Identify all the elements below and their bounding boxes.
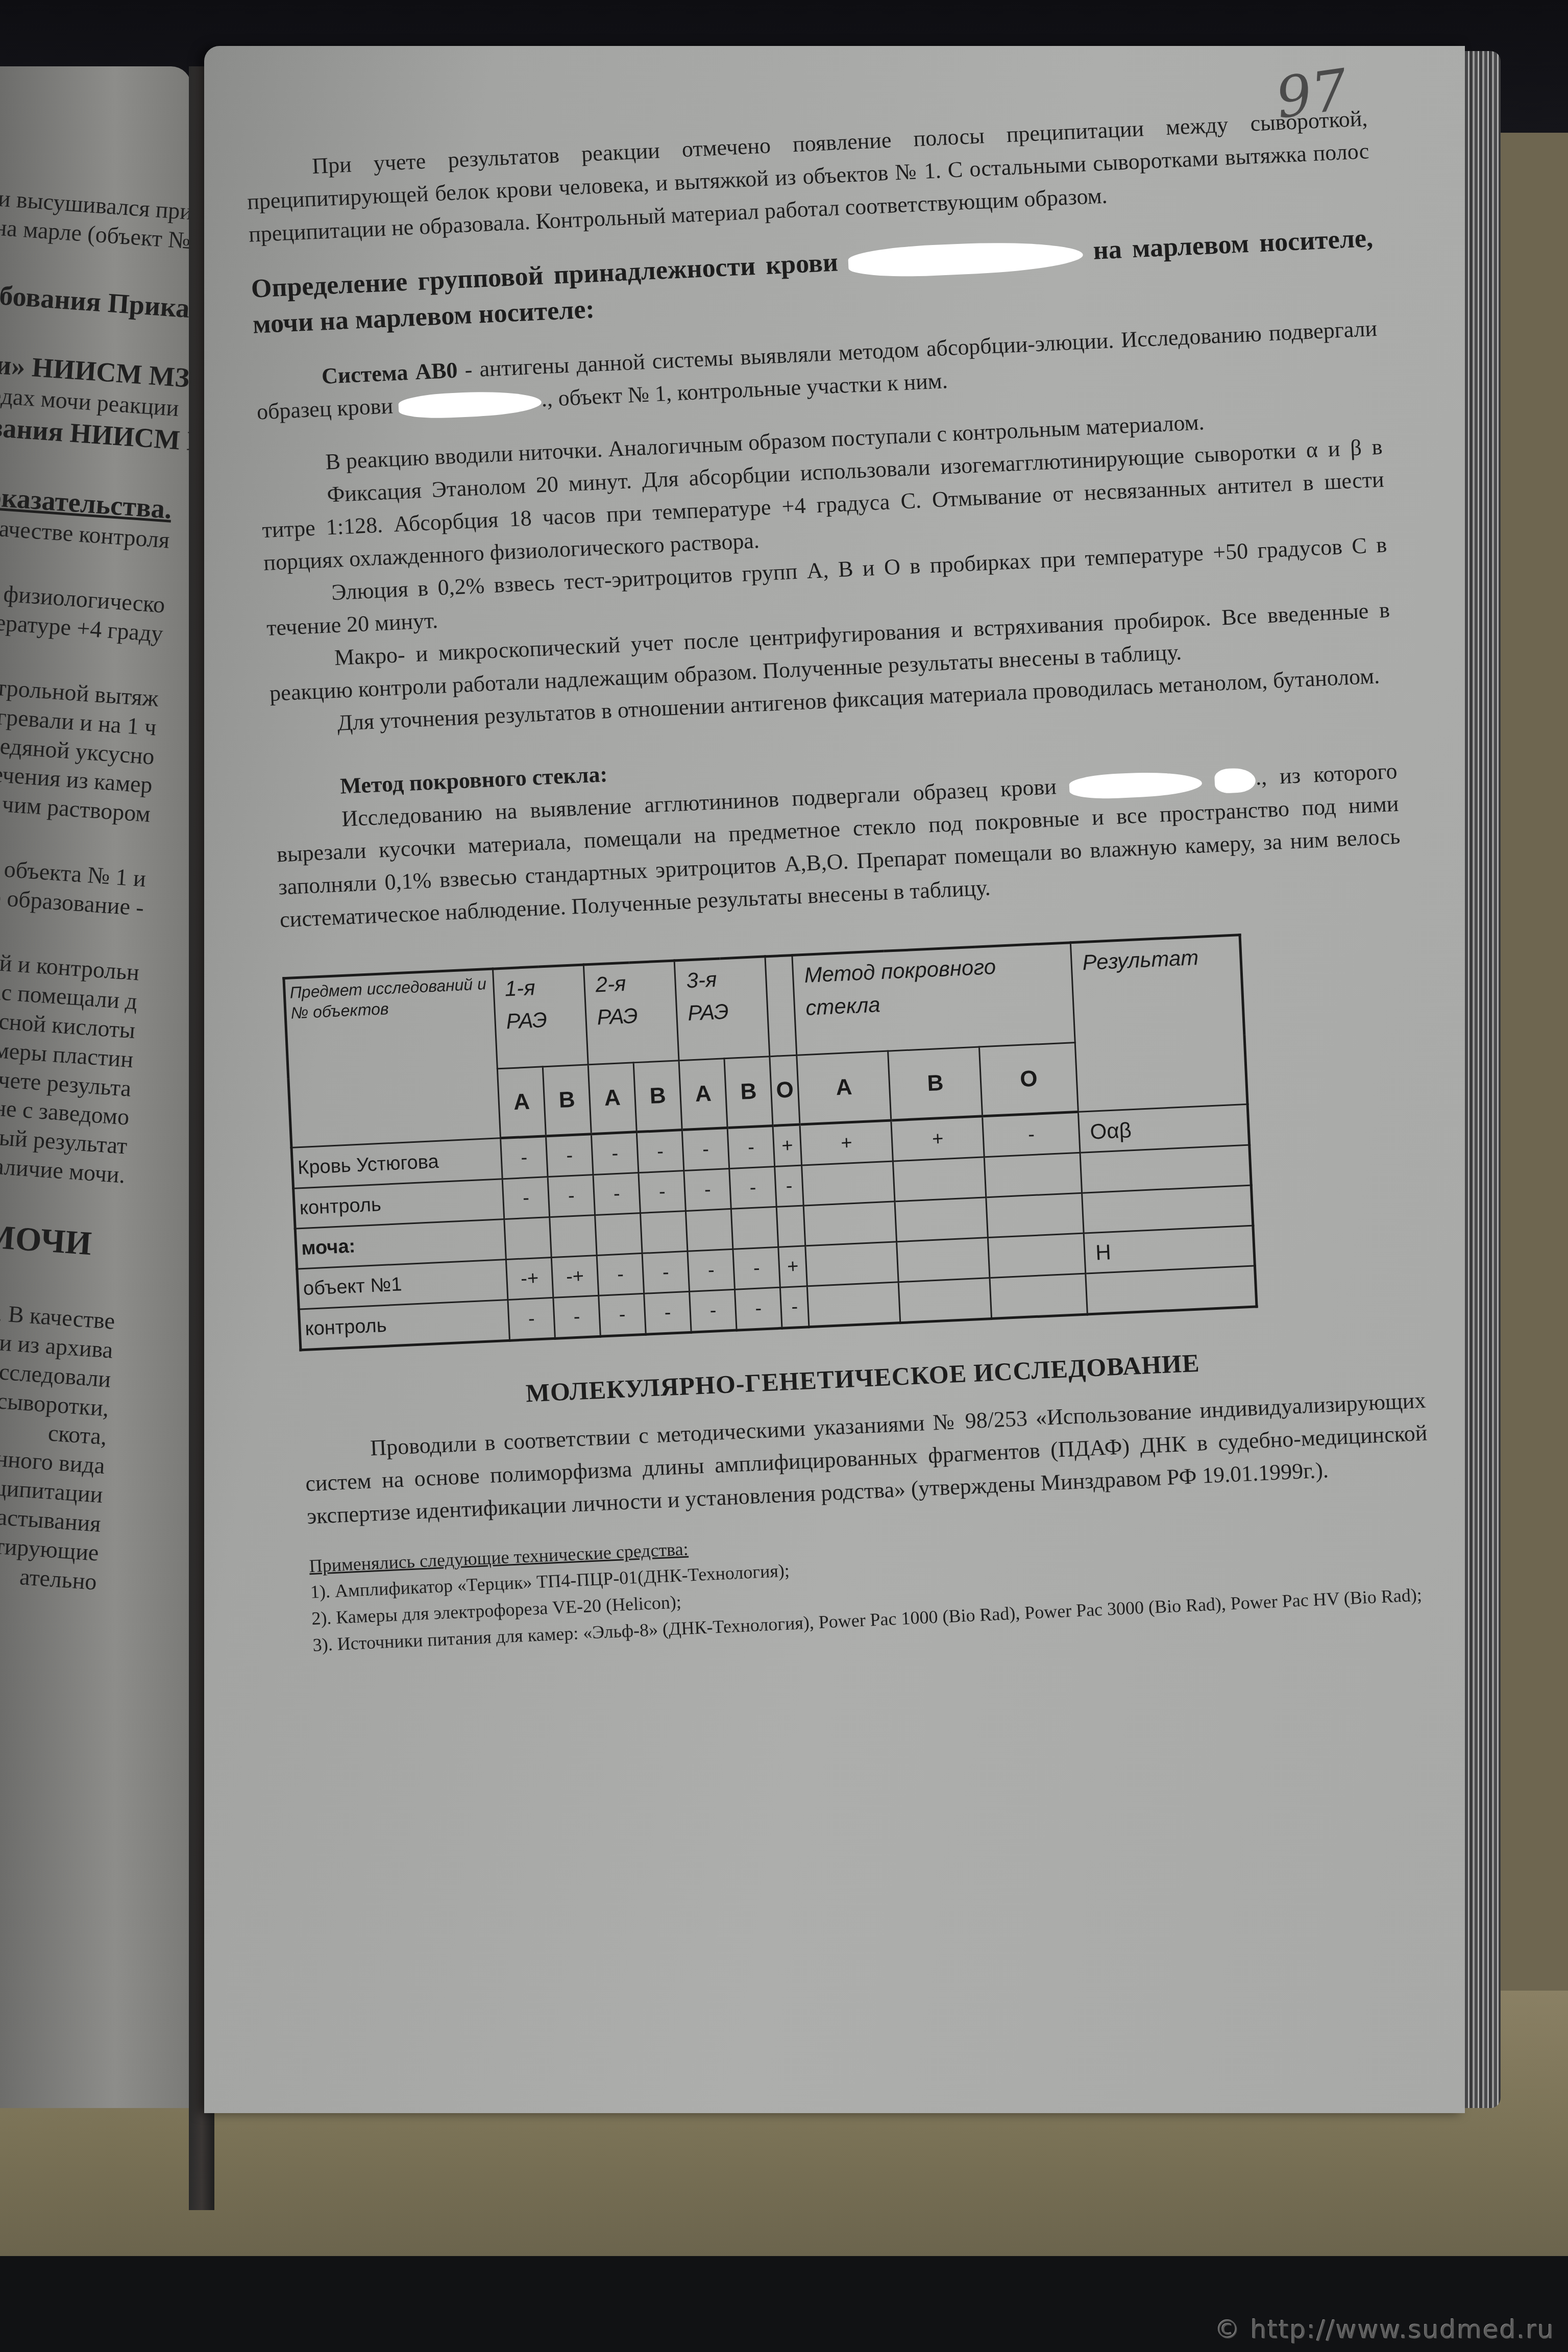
table-cell: -: [553, 1295, 601, 1338]
redacted-name: [848, 238, 1084, 280]
table-cell: +: [800, 1120, 893, 1165]
table-cell: [897, 1238, 990, 1282]
table-cell: [988, 1233, 1086, 1278]
table-cell: [807, 1282, 900, 1327]
table-cell: [731, 1207, 778, 1249]
table-cell: -: [636, 1130, 684, 1173]
result-cell: Оαβ: [1078, 1104, 1249, 1153]
table-cell: -: [599, 1293, 646, 1336]
group-header: 3-я РАЭ: [674, 957, 770, 1061]
result-cell: [1086, 1266, 1257, 1314]
table-cell: [550, 1215, 597, 1258]
table-cell: -: [690, 1289, 737, 1332]
page-content: При учете результатов реакции отмечено п…: [245, 102, 1435, 1658]
antigen-subheader: В: [888, 1047, 983, 1120]
table-cell: -: [727, 1126, 775, 1169]
result-header: Результат: [1070, 935, 1247, 1112]
table-cell: -: [597, 1253, 644, 1295]
table-cell: [776, 1206, 805, 1247]
table-cell: [985, 1153, 1082, 1197]
table-cell: -: [682, 1128, 729, 1171]
table-cell: [895, 1197, 988, 1242]
table-cell: [504, 1217, 552, 1260]
table-cell: +: [891, 1116, 984, 1161]
group-header: 2-я РАЭ: [583, 961, 679, 1065]
table-cell: [986, 1193, 1084, 1237]
antigen-subheader: А: [679, 1059, 727, 1130]
table-cell: -: [684, 1169, 731, 1211]
table-cell: -: [593, 1173, 641, 1215]
watermark: © http://www.sudmed.ru: [1215, 2315, 1555, 2344]
table-cell: -+: [506, 1257, 553, 1300]
table-cell: -: [508, 1297, 555, 1340]
table-cell: [641, 1211, 688, 1253]
table-cell: [802, 1161, 895, 1206]
table-cell: -+: [551, 1255, 599, 1297]
right-page: 97 При учете результатов реакции отмечен…: [204, 46, 1465, 2113]
table-cell: -: [644, 1291, 692, 1334]
results-table: Предмет исследований и № объектов 1-я РА…: [282, 934, 1258, 1352]
table-cell: +: [773, 1124, 802, 1166]
antigen-subheader: В: [543, 1065, 591, 1136]
table-cell: -: [983, 1112, 1080, 1157]
antigen-subheader: О: [979, 1043, 1079, 1116]
table-cell: [595, 1213, 643, 1256]
table-cell: [990, 1273, 1087, 1318]
antigen-subheader: В: [633, 1061, 682, 1132]
table-cell: -: [735, 1287, 782, 1330]
table-cell: [805, 1242, 898, 1286]
redacted-name: [1069, 770, 1203, 800]
table-cell: -: [775, 1165, 804, 1207]
table-cell: -: [591, 1132, 639, 1175]
table-cell: -: [733, 1247, 780, 1289]
result-cell: Н: [1084, 1226, 1255, 1273]
table-cell: -: [501, 1136, 548, 1179]
group-header: [765, 955, 797, 1056]
table-cell: -: [729, 1166, 777, 1209]
antigen-subheader: А: [797, 1051, 891, 1124]
redacted-name: [1214, 767, 1256, 794]
table-cell: [804, 1202, 897, 1246]
subject-header: Предмет исследований и № объектов: [284, 969, 501, 1147]
table-cell: -: [546, 1134, 593, 1177]
left-page-text: и высушивался прина марле (объект №ребов…: [0, 184, 191, 1598]
left-page: и высушивался прина марле (объект №ребов…: [0, 66, 191, 2108]
antigen-subheader: А: [588, 1063, 636, 1134]
table-cell: -: [780, 1286, 810, 1328]
table-cell: [685, 1209, 733, 1251]
antigen-subheader: О: [770, 1055, 800, 1125]
group-header: 1-я РАЭ: [493, 965, 588, 1069]
table-body: Кровь Устюгова------+++-Оαβконтроль-----…: [291, 1104, 1257, 1350]
group-header: Метод покровного стекла: [792, 943, 1075, 1056]
table-cell: -: [642, 1251, 690, 1293]
table-cell: -: [502, 1177, 550, 1219]
redacted-name: [398, 389, 542, 420]
table-cell: -: [688, 1249, 735, 1291]
table-cell: [893, 1157, 986, 1202]
table-cell: -: [548, 1175, 595, 1217]
page-stack-edge: [1460, 51, 1501, 2108]
table-cell: [898, 1278, 991, 1323]
result-cell: [1082, 1185, 1253, 1233]
antigen-subheader: В: [724, 1057, 773, 1128]
table-cell: +: [778, 1246, 807, 1287]
row-label: контроль: [299, 1300, 509, 1350]
table-cell: -: [639, 1171, 686, 1213]
antigen-subheader: А: [497, 1067, 546, 1138]
result-cell: [1080, 1145, 1251, 1193]
